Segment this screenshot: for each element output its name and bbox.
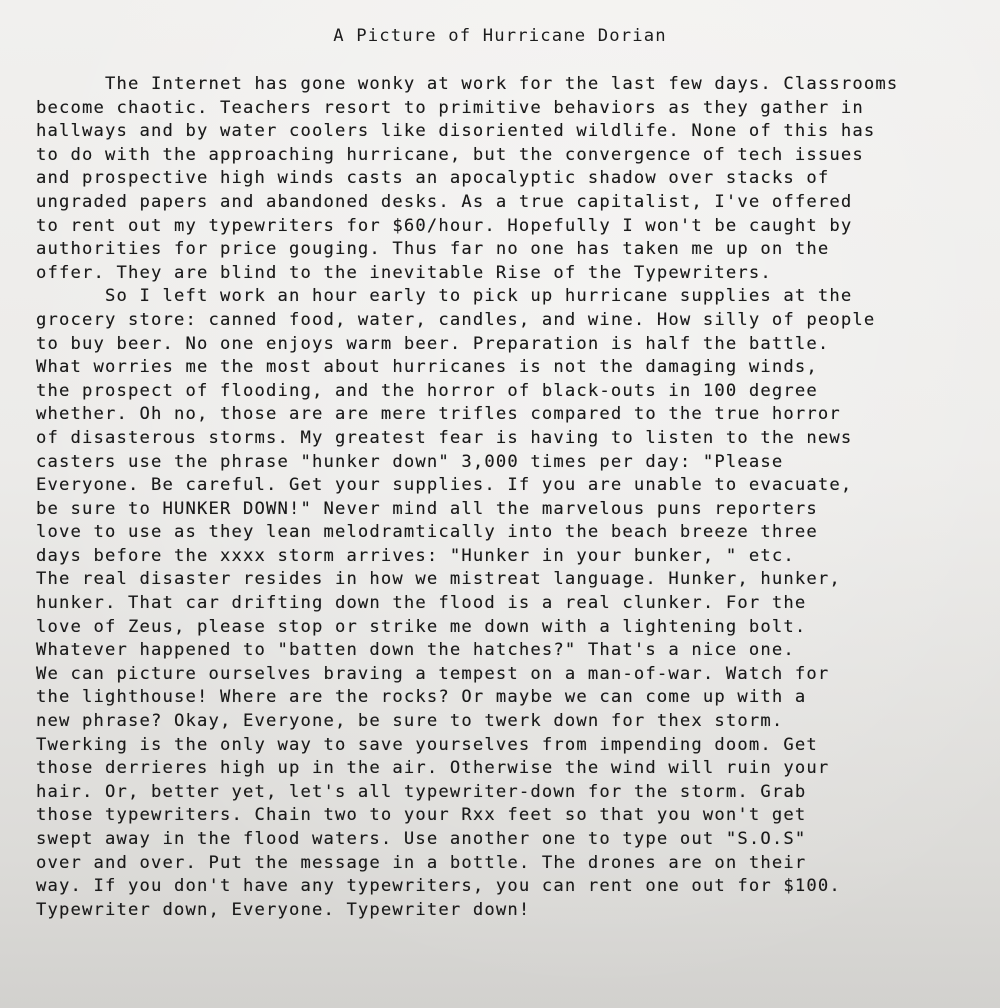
text-line: those derrieres high up in the air. Othe… [36,757,986,781]
text-line: offer. They are blind to the inevitable … [36,262,986,286]
text-line: to rent out my typewriters for $60/hour.… [36,215,986,239]
document-title: A Picture of Hurricane Dorian [0,26,1000,46]
text-line: the lighthouse! Where are the rocks? Or … [36,686,986,710]
text-line: grocery store: canned food, water, candl… [36,309,986,333]
text-line: whether. Oh no, those are are mere trifl… [36,403,986,427]
text-line: hair. Or, better yet, let's all typewrit… [36,781,986,805]
text-line: become chaotic. Teachers resort to primi… [36,97,986,121]
text-line: ungraded papers and abandoned desks. As … [36,191,986,215]
text-line: The real disaster resides in how we mist… [36,568,986,592]
text-line: Typewriter down, Everyone. Typewriter do… [36,899,986,923]
text-line: those typewriters. Chain two to your Rxx… [36,804,986,828]
text-line: hunker. That car drifting down the flood… [36,592,986,616]
text-line: way. If you don't have any typewriters, … [36,875,986,899]
text-line: to do with the approaching hurricane, bu… [36,144,986,168]
text-line: over and over. Put the message in a bott… [36,852,986,876]
text-line: the prospect of flooding, and the horror… [36,380,986,404]
typewritten-page: A Picture of Hurricane Dorian The Intern… [0,0,1000,1008]
text-line: Everyone. Be careful. Get your supplies.… [36,474,986,498]
text-line: casters use the phrase "hunker down" 3,0… [36,451,986,475]
text-line: of disasterous storms. My greatest fear … [36,427,986,451]
text-line: The Internet has gone wonky at work for … [36,73,986,97]
document-body: The Internet has gone wonky at work for … [36,73,986,922]
text-line: Twerking is the only way to save yoursel… [36,734,986,758]
text-line: So I left work an hour early to pick up … [36,285,986,309]
text-line: new phrase? Okay, Everyone, be sure to t… [36,710,986,734]
text-line: and prospective high winds casts an apoc… [36,167,986,191]
text-line: love of Zeus, please stop or strike me d… [36,616,986,640]
text-line: What worries me the most about hurricane… [36,356,986,380]
text-line: Whatever happened to "batten down the ha… [36,639,986,663]
text-line: days before the xxxx storm arrives: "Hun… [36,545,986,569]
text-line: love to use as they lean melodramtically… [36,521,986,545]
text-line: authorities for price gouging. Thus far … [36,238,986,262]
text-line: We can picture ourselves braving a tempe… [36,663,986,687]
text-line: hallways and by water coolers like disor… [36,120,986,144]
text-line: swept away in the flood waters. Use anot… [36,828,986,852]
text-line: to buy beer. No one enjoys warm beer. Pr… [36,333,986,357]
text-line: be sure to HUNKER DOWN!" Never mind all … [36,498,986,522]
